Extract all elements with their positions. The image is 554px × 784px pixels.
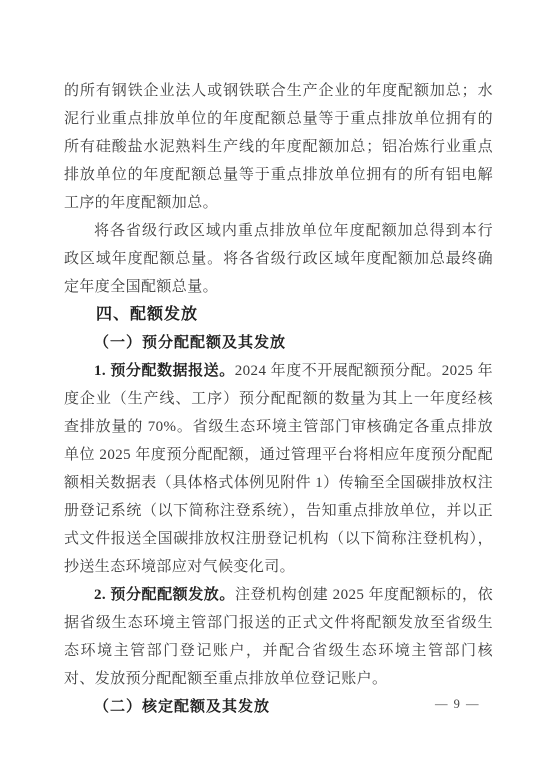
paragraph-industry-quota-totals: 的所有钢铁企业法人或钢铁联合生产企业的年度配额加总；水泥行业重点排放单位的年度配…	[64, 77, 493, 217]
paragraph-pre-allocation-data-reporting: 1. 预分配数据报送。2024 年度不开展配额预分配。2025 年度企业（生产线…	[64, 357, 493, 581]
document-page: 的所有钢铁企业法人或钢铁联合生产企业的年度配额加总；水泥行业重点排放单位的年度配…	[0, 0, 554, 784]
paragraph-text-1: 2024 年度不开展配额预分配。2025 年度企业（生产线、工序）预分配配额的数…	[64, 363, 493, 575]
page-number: — 9 —	[435, 697, 480, 712]
subsection-heading-verified-quota: （二）核定配额及其发放	[64, 693, 493, 721]
document-body: 的所有钢铁企业法人或钢铁联合生产企业的年度配额加总；水泥行业重点排放单位的年度配…	[64, 77, 493, 721]
paragraph-pre-allocation-issuance: 2. 预分配配额发放。注登机构创建 2025 年度配额标的，依据省级生态环境主管…	[64, 581, 493, 693]
subsection-heading-pre-allocation: （一）预分配配额及其发放	[64, 329, 493, 357]
section-heading-quota-issuance: 四、配额发放	[64, 301, 493, 329]
paragraph-provincial-quota-totals: 将各省级行政区域内重点排放单位年度配额加总得到本行政区域年度配额总量。将各省级行…	[64, 217, 493, 301]
paragraph-lead-2: 2. 预分配配额发放。	[94, 587, 235, 603]
paragraph-lead-1: 1. 预分配数据报送。	[94, 363, 235, 379]
